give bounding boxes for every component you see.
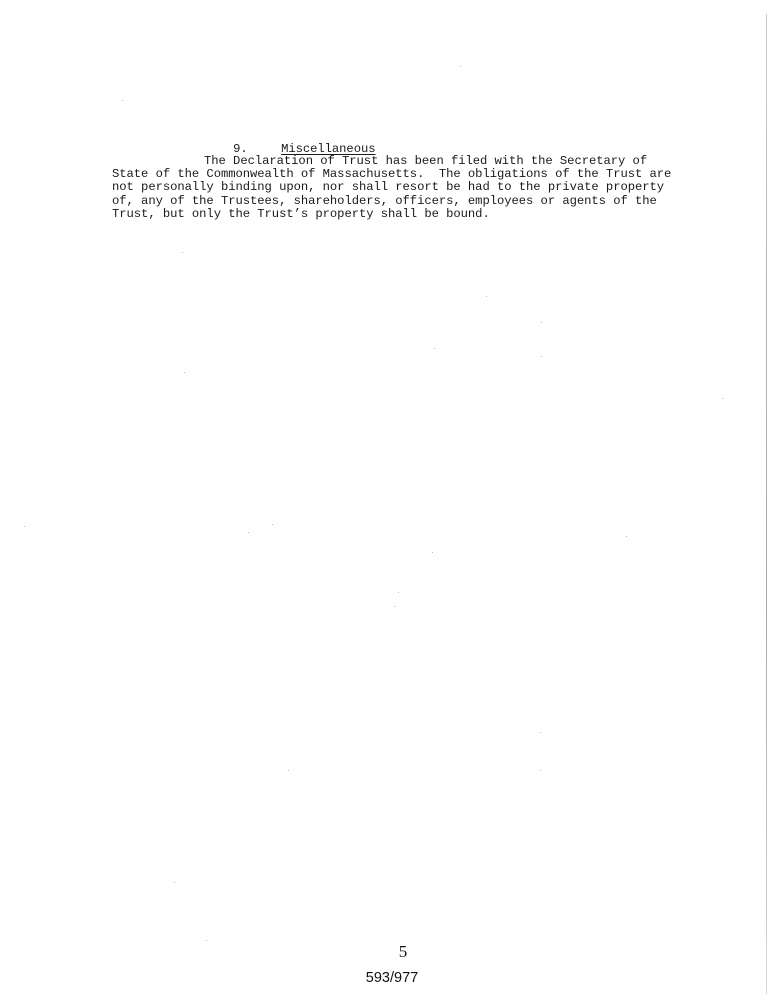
scan-speck	[174, 882, 175, 883]
section-paragraph: The Declaration of Trust has been filed …	[112, 155, 712, 221]
scan-speck	[272, 524, 273, 525]
document-page: 9.Miscellaneous The Declaration of Trust…	[0, 0, 772, 1000]
paragraph-line: of, any of the Trustees, shareholders, o…	[112, 195, 712, 208]
scan-speck	[434, 348, 435, 349]
scan-speck	[541, 322, 542, 323]
scan-speck	[184, 372, 185, 373]
page-number: 5	[0, 942, 772, 962]
scan-edge-line	[766, 14, 767, 994]
scan-speck	[540, 770, 541, 771]
scan-speck	[540, 732, 541, 733]
scan-speck	[486, 296, 487, 297]
scan-speck	[288, 770, 289, 771]
scan-speck	[722, 398, 723, 399]
scan-speck	[206, 940, 207, 941]
paragraph-line: not personally binding upon, nor shall r…	[112, 181, 712, 194]
scan-speck	[460, 66, 461, 67]
scan-speck	[541, 356, 542, 357]
scan-speck	[432, 552, 433, 553]
scan-speck	[248, 532, 249, 533]
scan-speck	[394, 606, 395, 607]
scan-speck	[182, 252, 183, 253]
scan-speck	[122, 100, 123, 101]
scan-speck	[626, 536, 627, 537]
scan-speck	[398, 592, 399, 593]
scan-speck	[24, 526, 25, 527]
page-count: 593/977	[0, 970, 772, 986]
paragraph-line: Trust, but only the Trust’s property sha…	[112, 208, 712, 221]
